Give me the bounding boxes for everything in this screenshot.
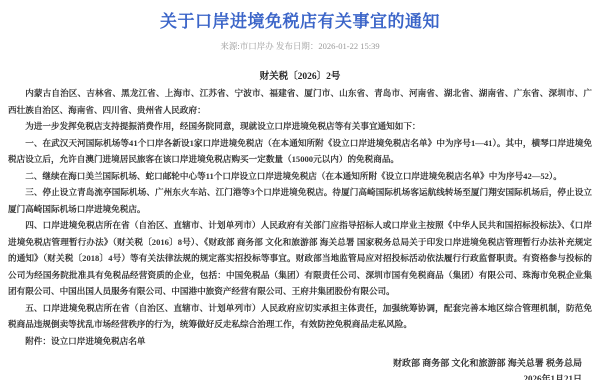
paragraph-item-2: 二、继续在海口美兰国际机场、蛇口邮轮中心等11个口岸设立口岸进境免税店（在本通知… <box>8 168 592 185</box>
signature-block: 财政部 商务部 文化和旅游部 海关总署 税务总局 2026年1月21日 <box>8 355 592 380</box>
meta-source: 来源:市口岸办 <box>220 41 273 51</box>
meta-line: 来源:市口岸办 发布日期：2026-01-22 15:39 <box>8 41 592 51</box>
paragraph-item-1: 一、在武汉天河国际机场等41个口岸各新设1家口岸进境免税店（在本通知所附《设立口… <box>8 135 592 168</box>
meta-publish-date: 发布日期：2026-01-22 15:39 <box>276 41 380 51</box>
signature-date: 2026年1月21日 <box>8 371 582 380</box>
paragraph-item-5: 五、口岸进境免税店所在省（自治区、直辖市、计划单列市）人民政府应切实承担主体责任… <box>8 300 592 333</box>
signature-issuers: 财政部 商务部 文化和旅游部 海关总署 税务总局 <box>8 355 582 371</box>
document-body: 内蒙古自治区、吉林省、黑龙江省、上海市、江苏省、宁波市、福建省、厦门市、山东省、… <box>8 85 592 349</box>
paragraph-preamble: 为进一步发挥免税店支持提振消费作用，经国务院同意，现就设立口岸进境免税店等有关事… <box>8 118 592 135</box>
paragraph-addressees: 内蒙古自治区、吉林省、黑龙江省、上海市、江苏省、宁波市、福建省、厦门市、山东省、… <box>8 85 592 118</box>
notice-document: 关于口岸进境免税店有关事宜的通知 来源:市口岸办 发布日期：2026-01-22… <box>0 0 600 380</box>
doc-number: 财关税〔2026〕2号 <box>8 71 592 83</box>
paragraph-item-4: 四、口岸进境免税店所在省（自治区、直辖市、计划单列市）人民政府有关部门应指导招标… <box>8 217 592 300</box>
page-title: 关于口岸进境免税店有关事宜的通知 <box>8 12 592 32</box>
paragraph-item-3: 三、停止设立青岛流亭国际机场、广州东火车站、江门港等3个口岸进境免税店。待厦门高… <box>8 184 592 217</box>
attachment-line: 附件：设立口岸进境免税店名单 <box>8 333 592 350</box>
